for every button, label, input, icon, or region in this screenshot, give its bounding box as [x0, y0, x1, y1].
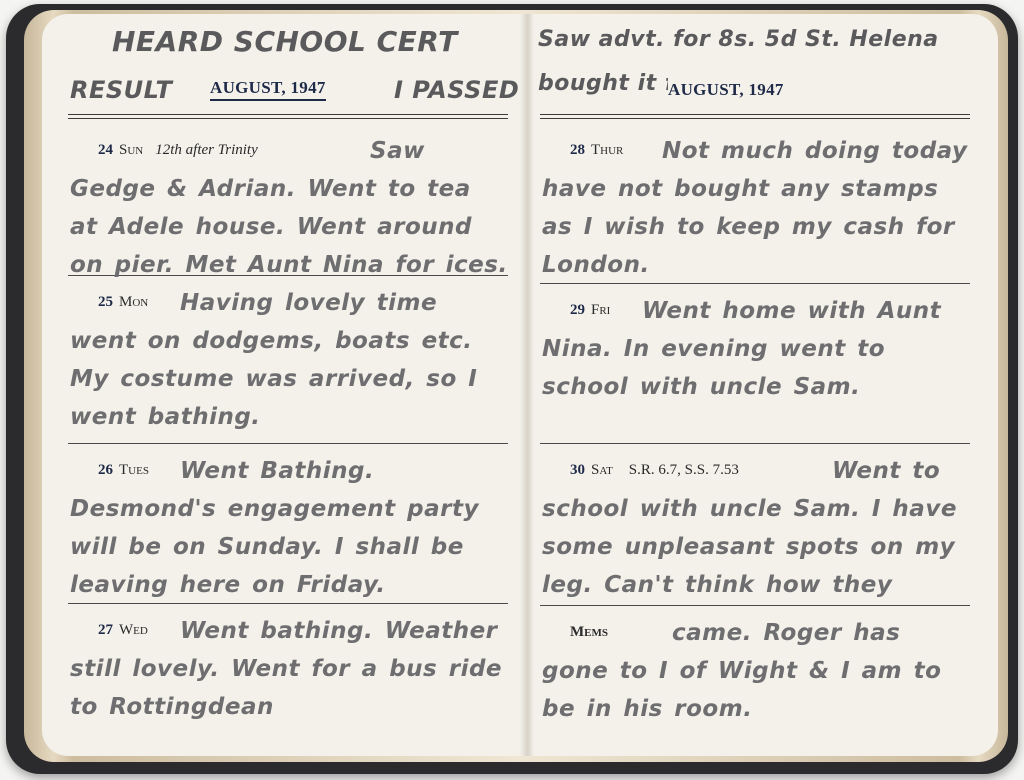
handwritten-entry: Went to school with uncle Sam. I have so…: [542, 452, 970, 604]
handwritten-entry: Not much doing today have not bought any…: [542, 132, 970, 284]
handwritten-entry: came. Roger has gone to I of Wight & I a…: [542, 614, 970, 728]
header-note-passed: I PASSED: [394, 76, 519, 104]
day-entry-26: 26Tues Went Bathing. Desmond's engagemen…: [68, 444, 508, 604]
month-heading-left: AUGUST, 1947: [210, 78, 326, 101]
day-entry-25: 25Mon Having lovely time went on dodgems…: [68, 276, 508, 444]
day-entry-29: 29Fri Went home with Aunt Nina. In eveni…: [540, 284, 970, 444]
header-rule: [540, 114, 970, 119]
mems-section: Mems came. Roger has gone to I of Wight …: [540, 606, 970, 756]
handwritten-entry: Went home with Aunt Nina. In evening wen…: [542, 292, 970, 406]
day-entry-27: 27Wed Went bathing. Weather still lovely…: [68, 604, 508, 756]
right-page-header: Saw advt. for 8s. 5d St. Helena bought i…: [532, 14, 998, 120]
left-page: HEARD SCHOOL CERT RESULT AUGUST, 1947 I …: [42, 14, 522, 756]
handwritten-entry: Went bathing. Weather still lovely. Went…: [70, 612, 508, 726]
header-note-result: RESULT: [70, 76, 172, 104]
header-note-stamp-advert: Saw advt. for 8s. 5d St. Helena: [538, 26, 939, 54]
right-page: Saw advt. for 8s. 5d St. Helena bought i…: [532, 14, 998, 756]
header-rule: [68, 114, 508, 119]
left-page-header: HEARD SCHOOL CERT RESULT AUGUST, 1947 I …: [42, 14, 522, 120]
day-entry-28: 28Thur Not much doing today have not bou…: [540, 124, 970, 284]
day-entry-24: 24Sun12th after Trinity Saw Gedge & Adri…: [68, 124, 508, 276]
day-entry-30: 30SatS.R. 6.7, S.S. 7.53 Went to school …: [540, 444, 970, 606]
handwritten-entry: Went Bathing. Desmond's engagement party…: [70, 452, 508, 604]
diary-spread: HEARD SCHOOL CERT RESULT AUGUST, 1947 I …: [42, 14, 998, 756]
month-heading-right: AUGUST, 1947: [668, 80, 784, 100]
header-note-bought: bought it for 14/-: [538, 70, 668, 98]
handwritten-entry: Having lovely time went on dodgems, boat…: [70, 284, 508, 436]
header-note-school-cert: HEARD SCHOOL CERT: [112, 28, 458, 56]
handwritten-entry: Saw Gedge & Adrian. Went to tea at Adele…: [70, 132, 508, 284]
